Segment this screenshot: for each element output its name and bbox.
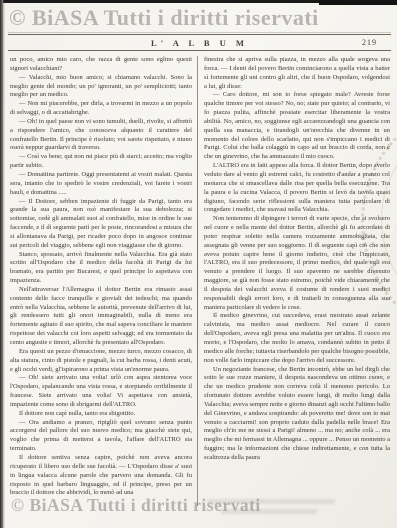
header-rule-bottom bbox=[8, 50, 391, 51]
paragraph: Un negoziante francese, che Bertin incon… bbox=[204, 366, 390, 463]
page-number: 219 bbox=[362, 38, 377, 47]
column-divider bbox=[197, 56, 198, 506]
paragraph: — Valacchi, mio buon amico; si chiamano … bbox=[10, 74, 192, 101]
paragraph: Nell'attraversar l'Allemagna il dottor B… bbox=[10, 286, 192, 348]
paragraph: finestra che si apriva sulla piazza, in … bbox=[204, 56, 390, 91]
page-header: L' A L B U M 219 bbox=[8, 34, 391, 51]
paragraph: — Così va bene; qui non mi piace più di … bbox=[10, 153, 192, 171]
paragraph: — Caro dottore, mi son io forse spiegato… bbox=[204, 91, 390, 162]
paragraph: — Oh! siete arrivato una volta! urlò con… bbox=[10, 374, 192, 409]
paragraph: — Domattina partirete. Oggi presentatemi… bbox=[10, 171, 192, 198]
watermark-bottom: © BiASA Tutti i diritti riservati bbox=[11, 495, 261, 516]
paragraph: — Il Dottore, sebben impaziente di fuggi… bbox=[10, 198, 192, 251]
scan-edge-top bbox=[0, 0, 397, 3]
scanned-page: © BiASA Tutti i diritti riservati L' A L… bbox=[0, 0, 397, 528]
text-column-left: un poco, amico mio caro, che razza di ge… bbox=[10, 56, 192, 506]
text-block: un poco, amico mio caro, che razza di ge… bbox=[10, 56, 390, 506]
paragraph: Il dottore non capì nulla, tanto era sbi… bbox=[10, 410, 192, 419]
paragraph: Il dottore sentiva senza capire, poichè … bbox=[10, 454, 192, 498]
text-column-right: finestra che si apriva sulla piazza, in … bbox=[204, 56, 390, 506]
paragraph: — Non mi piacerebbe, per dirla, a trovar… bbox=[10, 100, 192, 118]
journal-title: L' A L B U M bbox=[151, 38, 248, 48]
watermark-top: © BiASA Tutti i diritti riservati bbox=[9, 5, 319, 31]
paragraph: — Oh! in quel paese non vi sono tumulti,… bbox=[10, 118, 192, 153]
paragraph: Il medico ginevrino, cui succedeva, eras… bbox=[204, 312, 390, 365]
paragraph: Era questi un pezzo d'omaccione, mezzo t… bbox=[10, 348, 192, 375]
scan-edge-left bbox=[0, 0, 3, 528]
header-row: L' A L B U M 219 bbox=[8, 35, 391, 50]
paragraph: L'ALTRO era in fatti appeso alla forca. … bbox=[204, 162, 390, 215]
paragraph: Stanco, spossato, arrivò finalmente nell… bbox=[10, 251, 192, 286]
paragraph: — Ora andiamo a pranzo, ripigliò quel so… bbox=[10, 419, 192, 454]
paragraph: Non tenteremo di dipingere i terrori di … bbox=[204, 215, 390, 312]
paragraph: un poco, amico mio caro, che razza di ge… bbox=[10, 56, 192, 74]
